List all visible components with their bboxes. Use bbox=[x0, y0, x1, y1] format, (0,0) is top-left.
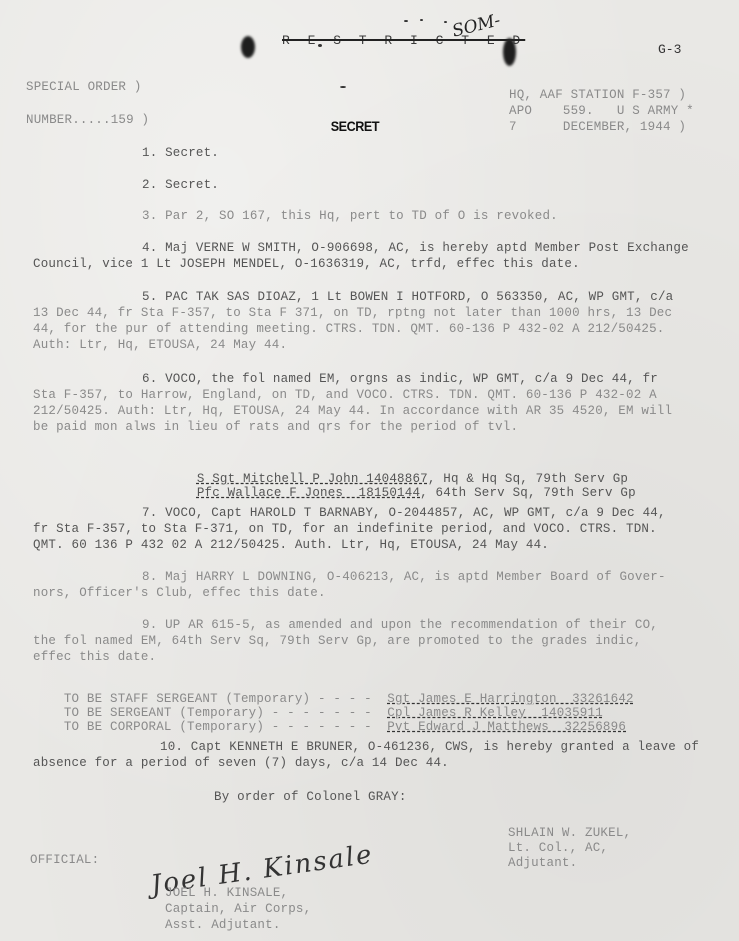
signer-rank: Captain, Air Corps, bbox=[165, 902, 311, 916]
paragraph-8-line-2: nors, Officer's Club, effec this date. bbox=[33, 586, 326, 600]
em-name: Pfc Wallace F Jones 18150144 bbox=[197, 486, 420, 500]
paragraph-9-line-3: effec this date. bbox=[33, 650, 156, 664]
paragraph-10-line-2: absence for a period of seven (7) days, … bbox=[33, 756, 449, 770]
paragraph-4-line-1: 4. Maj VERNE W SMITH, O-906698, AC, is h… bbox=[142, 241, 689, 255]
speck bbox=[340, 86, 346, 88]
paragraph-10-line-1: 10. Capt KENNETH E BRUNER, O-461236, CWS… bbox=[160, 740, 699, 754]
paragraph-9-line-1: 9. UP AR 615-5, as amended and upon the … bbox=[142, 618, 658, 632]
header-station: HQ, AAF STATION F-357 ) bbox=[509, 88, 686, 102]
classification-struck: R E S T R I C T E D bbox=[282, 33, 525, 48]
order-number: NUMBER.....159 ) bbox=[26, 113, 149, 127]
paragraph-5-line-3: 44, for the pur of attending meeting. CT… bbox=[33, 322, 665, 336]
adjutant-rank: Lt. Col., AC, bbox=[508, 841, 608, 855]
paragraph-7-line-2: fr Sta F-357, to Sta F-371, on TD, for a… bbox=[33, 522, 657, 536]
paragraph-6-line-2: Sta F-357, to Harrow, England, on TD, an… bbox=[33, 388, 657, 402]
speck bbox=[404, 20, 408, 22]
signer-title: Asst. Adjutant. bbox=[165, 918, 281, 932]
by-order-line: By order of Colonel GRAY: bbox=[214, 790, 407, 804]
speck bbox=[444, 21, 447, 23]
adjutant-name: SHLAIN W. ZUKEL, bbox=[508, 826, 631, 840]
promotion-name: Pvt Edward J Matthews 32256896 bbox=[387, 720, 626, 734]
em-unit: , 64th Serv Sq, 79th Serv Gp bbox=[420, 486, 636, 500]
order-label: SPECIAL ORDER ) bbox=[26, 80, 142, 94]
paragraph-4-line-2: Council, vice 1 Lt JOSEPH MENDEL, O-1636… bbox=[33, 257, 580, 271]
paragraph-2: 2. Secret. bbox=[142, 178, 219, 192]
paragraph-6-line-3: 212/50425. Auth: Ltr, Hq, ETOUSA, 24 May… bbox=[33, 404, 672, 418]
paragraph-3: 3. Par 2, SO 167, this Hq, pert to TD of… bbox=[142, 209, 558, 223]
paragraph-7-line-1: 7. VOCO, Capt HAROLD T BARNABY, O-204485… bbox=[142, 506, 666, 520]
paragraph-1: 1. Secret. bbox=[142, 146, 219, 160]
paragraph-5-line-2: 13 Dec 44, fr Sta F-357, to Sta F 371, o… bbox=[33, 306, 672, 320]
file-code: G-3 bbox=[658, 42, 681, 57]
paragraph-9-line-2: the fol named EM, 64th Serv Sq, 79th Ser… bbox=[33, 634, 641, 648]
paragraph-6-line-1: 6. VOCO, the fol named EM, orgns as indi… bbox=[142, 372, 658, 386]
header-date: 7 DECEMBER, 1944 ) bbox=[509, 120, 686, 134]
speck bbox=[420, 19, 423, 21]
paragraph-5-line-4: Auth: Ltr, Hq, ETOUSA, 24 May 44. bbox=[33, 338, 287, 352]
secret-stamp: SECRET bbox=[331, 118, 379, 134]
paragraph-7-line-3: QMT. 60 136 P 432 02 A 212/50425. Auth. … bbox=[33, 538, 549, 552]
promotion-grade: TO BE CORPORAL (Temporary) - - - - - - - bbox=[64, 720, 372, 734]
signer-name: JOEL H. KINSALE, bbox=[165, 886, 288, 900]
adjutant-title: Adjutant. bbox=[508, 856, 577, 870]
punch-hole-left bbox=[241, 36, 255, 58]
document-page: R E S T R I C T E D SOM- G-3 SPECIAL ORD… bbox=[0, 0, 739, 941]
header-apo: APO 559. U S ARMY * bbox=[509, 104, 694, 118]
paragraph-6-line-4: be paid mon alws in lieu of rats and qrs… bbox=[33, 420, 518, 434]
paragraph-5-line-1: 5. PAC TAK SAS DIOAZ, 1 Lt BOWEN I HOTFO… bbox=[142, 290, 673, 304]
paragraph-8-line-1: 8. Maj HARRY L DOWNING, O-406213, AC, is… bbox=[142, 570, 666, 584]
official-label: OFFICIAL: bbox=[30, 853, 99, 867]
